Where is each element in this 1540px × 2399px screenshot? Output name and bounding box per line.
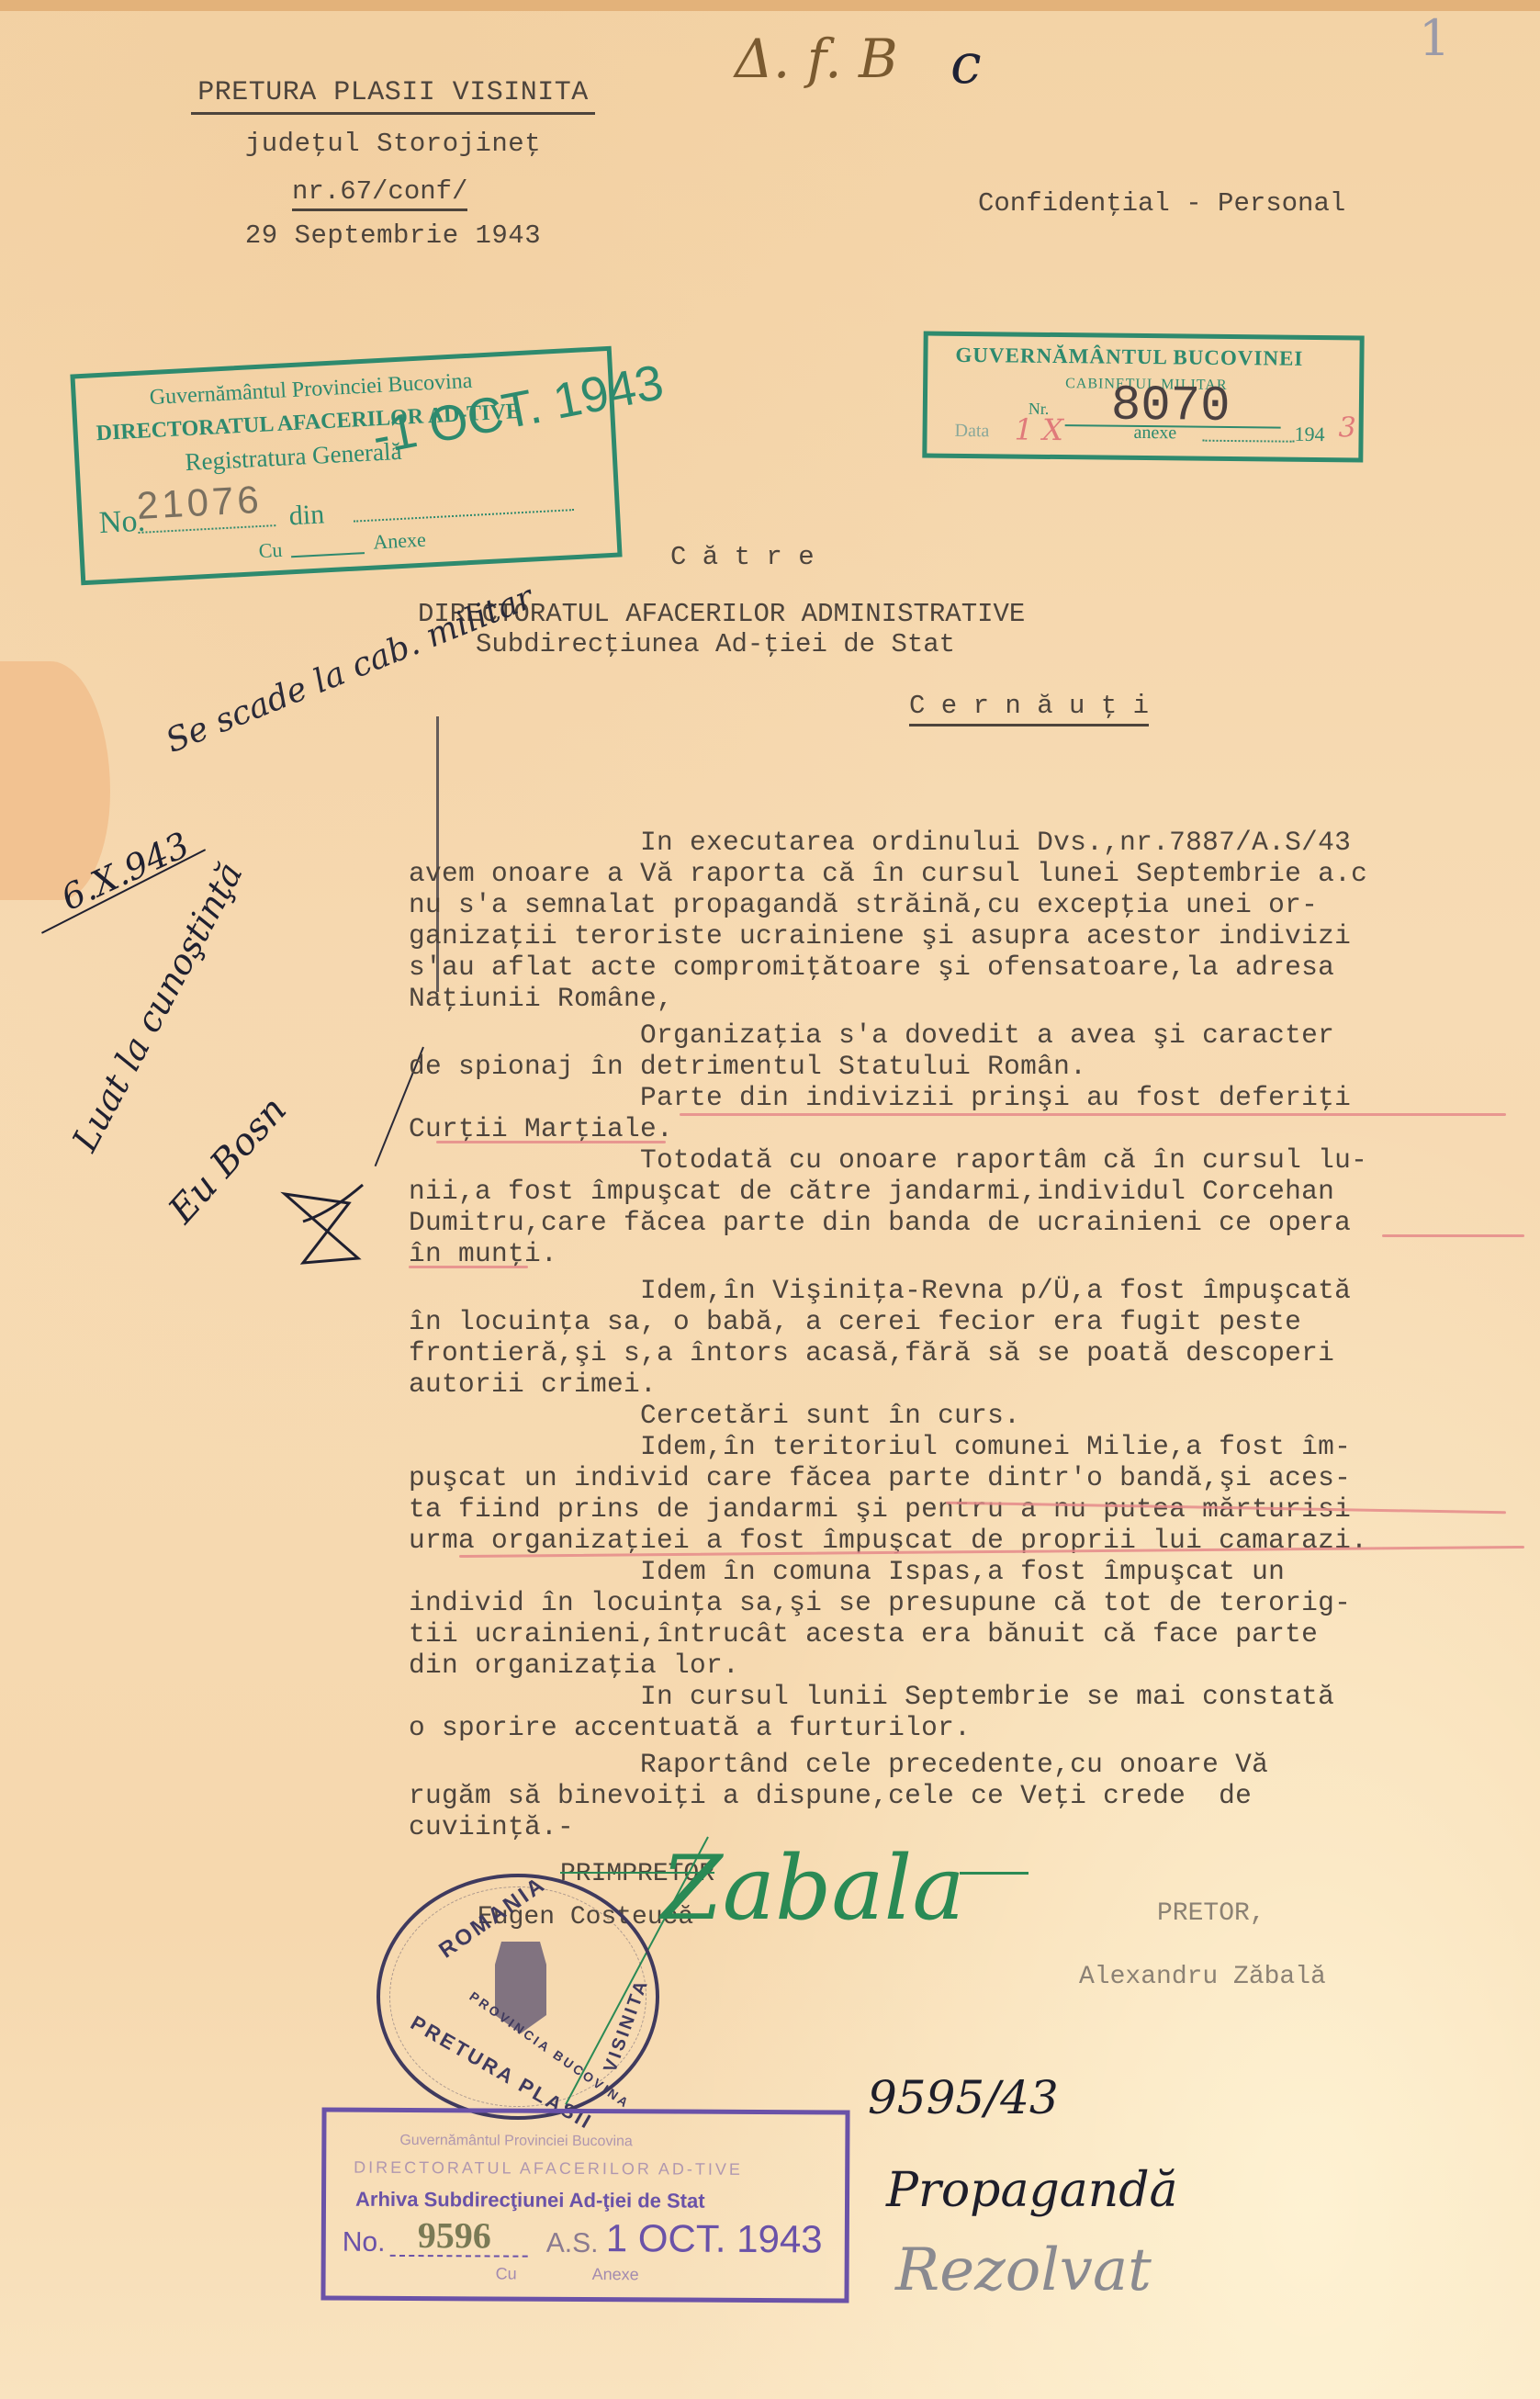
registry-date-value: -1 OCT. 1943 [367, 354, 668, 466]
body-line: Idem în comuna Ispas,a fost împuşcat un [409, 1556, 1285, 1587]
bottom-note-ref: 9595/43 [868, 2071, 1059, 2124]
body-line: nu s'a semnalat propagandă străină,cu ex… [409, 889, 1318, 920]
handwritten-signature: Zabala [661, 1837, 965, 1940]
recipient-to: C ă t r e [670, 542, 815, 572]
body-line: In cursul lunii Septembrie se mai consta… [409, 1681, 1334, 1712]
margin-initial-mark-icon [275, 1176, 367, 1267]
body-line: In executarea ordinului Dvs.,nr.7887/A.S… [409, 827, 1351, 858]
body-line: rugăm să binevoiţi a dispune,cele ce Veţ… [409, 1780, 1252, 1811]
body-line: nii,a fost împuşcat de către jandarmi,in… [409, 1176, 1334, 1207]
body-line: Totodată cu onoare raportâm că în cursul… [409, 1144, 1367, 1176]
body-line: Organizaţia s'a dovedit a avea şi caract… [409, 1019, 1334, 1051]
body-line: Curţii Marţiale. [409, 1113, 673, 1144]
recipient-city: C e r n ă u ţ i [909, 691, 1149, 726]
body-line: avem onoare a Vă raporta că în cursul lu… [409, 858, 1367, 889]
pretor-title: PRETOR, [1157, 1899, 1265, 1928]
body-line: Cercetări sunt în curs. [409, 1400, 1020, 1431]
archive-stamp-line1: Guvernământul Provinciei Bucovina [399, 2133, 633, 2150]
registry-annex-prefix: Cu [258, 538, 283, 563]
registry-annex-label: Anexe [373, 528, 427, 555]
registry-stamp-line3: Registratura Generală [185, 437, 402, 477]
signature-dash [960, 1872, 1029, 1875]
body-line: de spionaj în detrimentul Statului Român… [409, 1051, 1086, 1082]
red-underline [409, 1266, 528, 1268]
body-line: Raportând cele precedente,cu onoare Vă [409, 1749, 1268, 1780]
recipient-subdirectorate: Subdirecţiunea Ad-ţiei de Stat [476, 629, 955, 659]
page-number: 1 [1419, 9, 1450, 67]
body-line: din organizaţia lor. [409, 1650, 739, 1681]
military-stamp-line1: GUVERNĂMÂNTUL BUCOVINEI [955, 344, 1303, 371]
archive-stamp: Guvernământul Provinciei Bucovina DIRECT… [320, 2107, 849, 2303]
document-date: 29 Septembrie 1943 [191, 220, 595, 251]
handwritten-letter: c [950, 32, 982, 96]
archive-number-label: No. [343, 2227, 386, 2258]
red-underline [436, 1141, 666, 1143]
registry-date-dots [354, 509, 574, 523]
archive-date-value: 1 OCT. 1943 [606, 2216, 823, 2261]
body-line: s'au aflat acte compromiţătoare şi ofens… [409, 952, 1334, 983]
body-line: Idem,în teritoriul comunei Milie,a fost … [409, 1431, 1351, 1462]
body-line: în locuinţa sa, o babă, a cerei fecior e… [409, 1306, 1301, 1337]
body-line: individ în locuinţa sa,şi se presupune c… [409, 1587, 1351, 1618]
archive-suffix: A.S. [546, 2228, 599, 2259]
handwritten-code: Δ. f. B [735, 28, 898, 90]
body-line: Idem,în Vişiniţa-Revna p/Ü,a fost împuşc… [409, 1275, 1351, 1306]
body-line: în munţi. [409, 1238, 557, 1269]
registry-annex-line [291, 552, 365, 558]
military-date-label: Data [954, 421, 989, 442]
military-year-suffix: 3 [1338, 411, 1355, 444]
margin-note-route: Se scade la cab. militar [161, 579, 538, 760]
body-line: cuviinţă.- [409, 1811, 574, 1842]
body-line: Dumitru,care făcea parte din banda de uc… [409, 1207, 1351, 1238]
classification-label: Confidenţial - Personal [978, 188, 1345, 219]
body-line: o sporire accentuată a furturilor. [409, 1712, 971, 1743]
archive-stamp-line2: DIRECTORATUL AFACERILOR AD-TIVE [354, 2158, 743, 2179]
registry-stamp: Guvernământul Provinciei Bucovina DIRECT… [70, 346, 622, 586]
body-line: Parte din indivizii prinşi au fost defer… [409, 1082, 1351, 1113]
pretor-name: Alexandru Zăbală [1079, 1963, 1326, 1991]
military-annex-dots [1202, 440, 1294, 443]
military-cabinet-stamp: GUVERNĂMÂNTUL BUCOVINEI CABINETUL MILITA… [922, 331, 1364, 462]
archive-number-value: 9596 [418, 2213, 491, 2257]
bottom-note-category: Propagandă [886, 2163, 1178, 2218]
body-line: tii ucrainieni,întrucât acesta era bănui… [409, 1618, 1318, 1650]
official-seal: ROMANIA PRETURA PLASII VISINITA PROVINCI… [377, 1874, 659, 2120]
body-line: Naţiunii Române, [409, 983, 673, 1014]
archive-annex-prefix: Cu [496, 2264, 517, 2283]
body-line: frontieră,şi s,a întors acasă,fără să se… [409, 1337, 1334, 1368]
archive-annex-label: Anexe [592, 2265, 639, 2284]
red-underline [680, 1113, 1506, 1116]
institution-title: PRETURA PLASII VISINITA [191, 77, 595, 115]
body-line: autorii crimei. [409, 1368, 657, 1400]
registry-number-value: 21076 [136, 478, 264, 528]
military-year: 194 [1294, 422, 1324, 446]
archive-stamp-line3: Arhiva Subdirecţiunei Ad-ţiei de Stat [355, 2188, 705, 2213]
county-line: judeţul Storojineţ [191, 129, 595, 159]
body-line: ganizaţii teroriste ucrainiene şi asupra… [409, 920, 1351, 952]
military-date-value: 1 X [1014, 412, 1063, 448]
body-line: ta fiind prins de jandarmi şi pentru a n… [409, 1493, 1351, 1525]
bottom-note-status: Rezolvat [895, 2236, 1152, 2304]
reference-number: nr.67/conf/ [292, 176, 467, 211]
red-underline [1382, 1234, 1524, 1237]
registry-from-label: din [288, 499, 325, 532]
military-annex-label: anexe [1133, 422, 1176, 444]
paper-top-edge [0, 0, 1540, 11]
body-line: puşcat un individ care făcea parte dintr… [409, 1462, 1351, 1493]
